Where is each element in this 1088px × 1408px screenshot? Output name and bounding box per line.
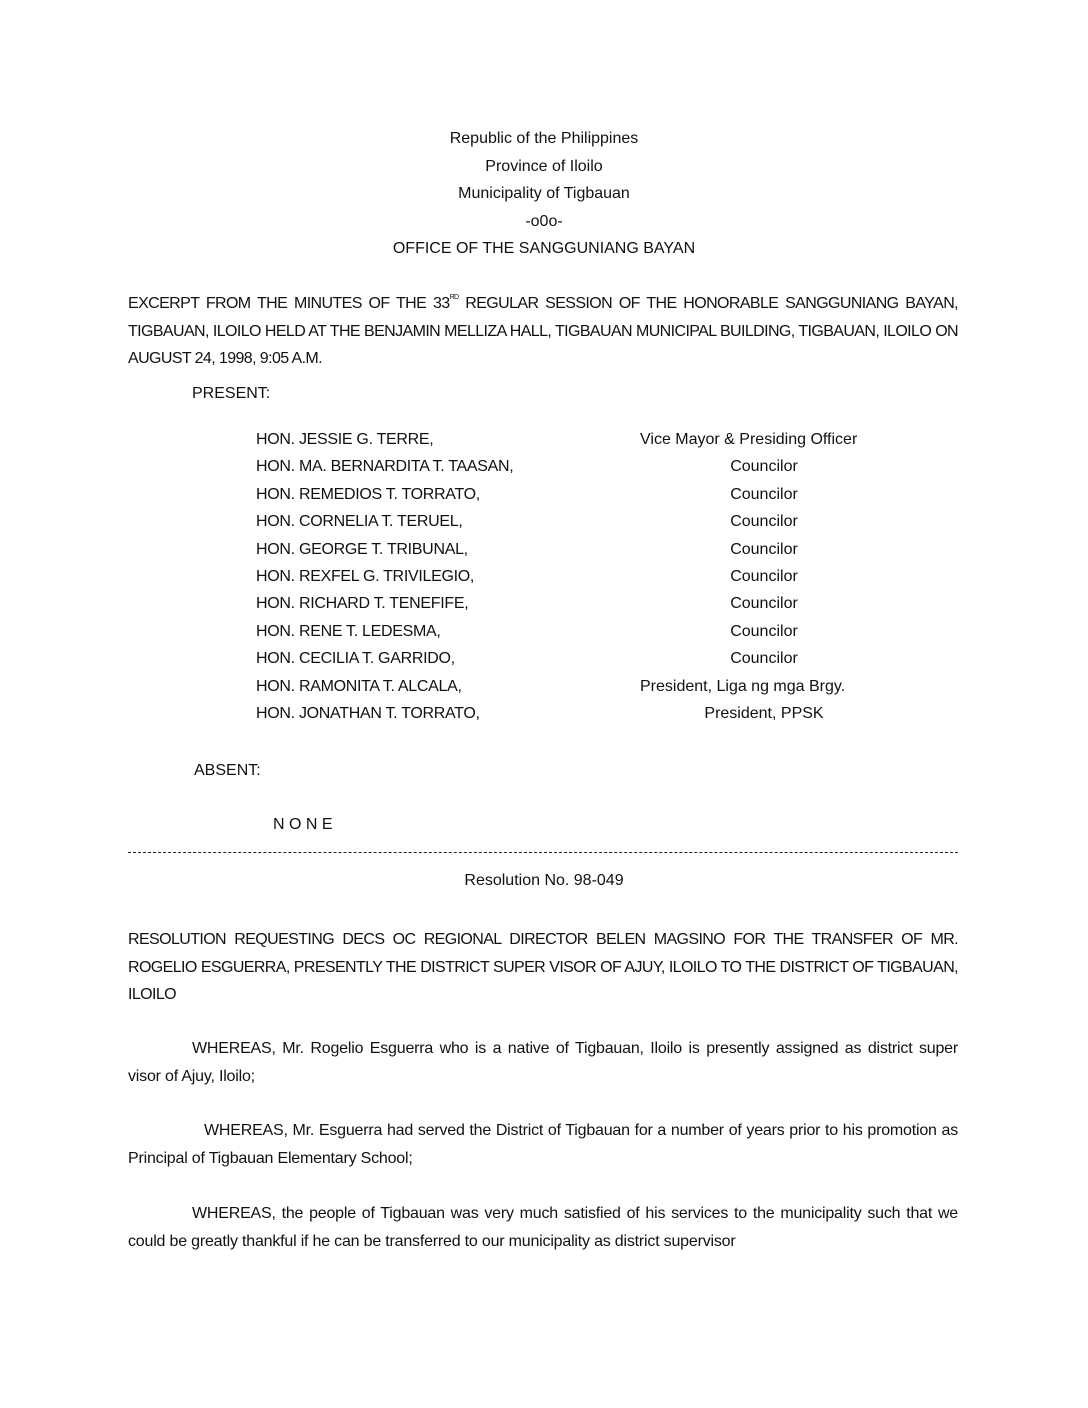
present-member-row: HON. MA. BERNARDITA T. TAASAN,Councilor <box>256 458 956 485</box>
member-role: Councilor <box>639 595 889 613</box>
member-role: Councilor <box>639 650 889 668</box>
member-role: Councilor <box>639 458 889 476</box>
member-name: HON. REXFEL G. TRIVILEGIO, <box>256 568 474 586</box>
member-role: Councilor <box>639 541 889 559</box>
excerpt-paragraph: EXCERPT FROM THE MINUTES OF THE 33RD REG… <box>128 284 958 373</box>
header-ornament: -o0o- <box>0 213 1088 231</box>
whereas-clause-2: WHEREAS, Mr. Esguerra had served the Dis… <box>128 1117 958 1172</box>
member-name: HON. RENE T. LEDESMA, <box>256 623 441 641</box>
whereas-text-1: WHEREAS, Mr. Rogelio Esguerra who is a n… <box>128 1040 958 1085</box>
member-role: Councilor <box>639 623 889 641</box>
member-role: President, PPSK <box>639 705 889 723</box>
whereas-text-3: WHEREAS, the people of Tigbauan was very… <box>128 1205 958 1250</box>
whereas-clause-1: WHEREAS, Mr. Rogelio Esguerra who is a n… <box>128 1035 958 1090</box>
member-name: HON. CECILIA T. GARRIDO, <box>256 650 455 668</box>
member-name: HON. CORNELIA T. TERUEL, <box>256 513 463 531</box>
present-member-row: HON. RENE T. LEDESMA,Councilor <box>256 623 956 650</box>
member-role: Councilor <box>639 513 889 531</box>
section-divider <box>128 852 958 853</box>
absent-value: N O N E <box>273 816 333 834</box>
header-republic: Republic of the Philippines <box>0 130 1088 148</box>
member-role: Vice Mayor & Presiding Officer <box>640 431 890 449</box>
member-name: HON. GEORGE T. TRIBUNAL, <box>256 541 468 559</box>
header-municipality: Municipality of Tigbauan <box>0 185 1088 203</box>
header-province: Province of Iloilo <box>0 158 1088 176</box>
member-name: HON. REMEDIOS T. TORRATO, <box>256 486 480 504</box>
member-name: HON. JONATHAN T. TORRATO, <box>256 705 480 723</box>
present-member-row: HON. REMEDIOS T. TORRATO,Councilor <box>256 486 956 513</box>
present-member-row: HON. JESSIE G. TERRE,Vice Mayor & Presid… <box>256 431 956 458</box>
member-name: HON. RAMONITA T. ALCALA, <box>256 678 462 696</box>
excerpt-text-start: EXCERPT FROM THE MINUTES OF THE 33 <box>128 295 450 312</box>
resolution-title: RESOLUTION REQUESTING DECS OC REGIONAL D… <box>128 926 958 1009</box>
document-page: Republic of the Philippines Province of … <box>0 0 1088 1408</box>
absent-label: ABSENT: <box>194 762 261 780</box>
present-member-row: HON. GEORGE T. TRIBUNAL,Councilor <box>256 541 956 568</box>
present-member-row: HON. JONATHAN T. TORRATO,President, PPSK <box>256 705 956 732</box>
present-member-row: HON. RAMONITA T. ALCALA,President, Liga … <box>256 678 956 705</box>
member-role: President, Liga ng mga Brgy. <box>640 678 890 696</box>
whereas-text-2: WHEREAS, Mr. Esguerra had served the Dis… <box>128 1122 958 1167</box>
present-label: PRESENT: <box>192 385 270 403</box>
resolution-number: Resolution No. 98-049 <box>0 872 1088 890</box>
member-name: HON. MA. BERNARDITA T. TAASAN, <box>256 458 513 476</box>
member-role: Councilor <box>639 486 889 504</box>
present-member-row: HON. CORNELIA T. TERUEL,Councilor <box>256 513 956 540</box>
present-member-row: HON. REXFEL G. TRIVILEGIO,Councilor <box>256 568 956 595</box>
member-name: HON. JESSIE G. TERRE, <box>256 431 433 449</box>
present-member-row: HON. RICHARD T. TENEFIFE,Councilor <box>256 595 956 622</box>
member-role: Councilor <box>639 568 889 586</box>
header-office: OFFICE OF THE SANGGUNIANG BAYAN <box>0 240 1088 258</box>
present-member-row: HON. CECILIA T. GARRIDO,Councilor <box>256 650 956 677</box>
member-name: HON. RICHARD T. TENEFIFE, <box>256 595 468 613</box>
whereas-clause-3: WHEREAS, the people of Tigbauan was very… <box>128 1200 958 1255</box>
